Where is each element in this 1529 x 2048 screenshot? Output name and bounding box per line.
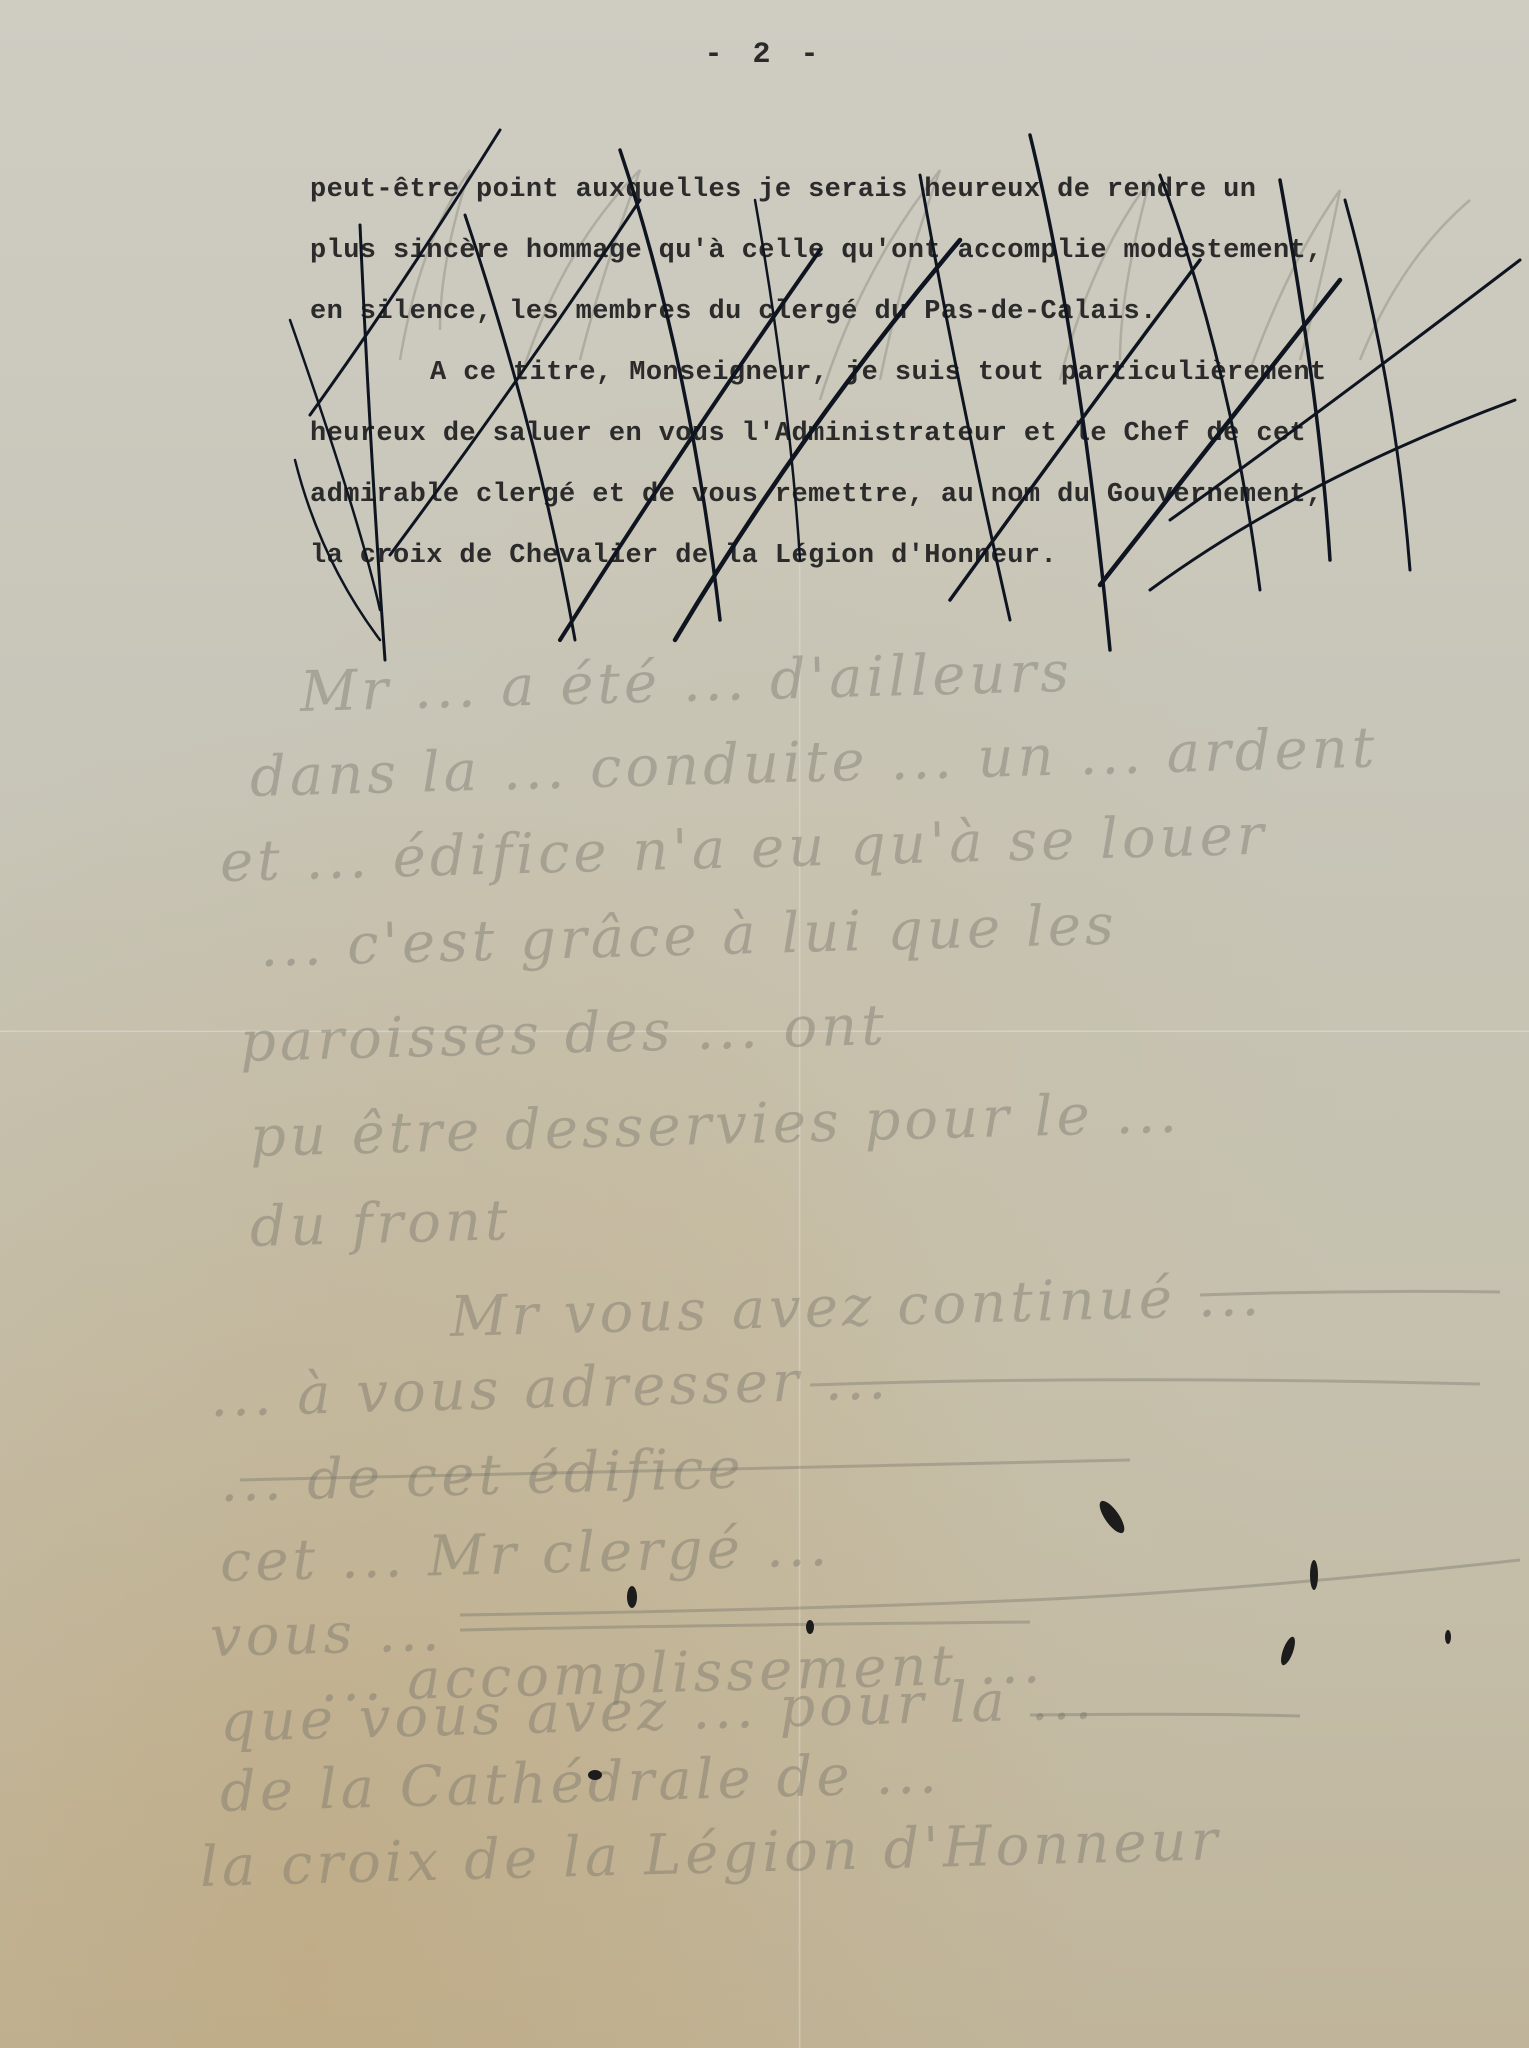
handwritten-line: ... à vous adresser ... — [209, 1347, 891, 1430]
typed-line: plus sincère hommage qu'à celle qu'ont a… — [310, 221, 1510, 282]
handwritten-line: vous ... — [209, 1599, 444, 1670]
handwritten-line: du front — [249, 1188, 512, 1260]
typed-line: admirable clergé et de vous remettre, au… — [310, 465, 1510, 526]
handwritten-line: et ... édifice n'a eu qu'à se louer — [219, 803, 1268, 895]
ink-stain — [627, 1586, 637, 1608]
handwritten-line: paroisses des ... ont — [239, 993, 888, 1075]
handwritten-line: dans la ... conduite ... un ... ardent — [249, 715, 1379, 810]
handwritten-line: cet ... Mr clergé ... — [219, 1514, 832, 1595]
document-page: - 2 - Mr ... a été ... d'ailleurs dans l… — [0, 0, 1529, 2048]
handwritten-line: pu être desservies pour le ... — [249, 1081, 1182, 1170]
handwritten-line: ... accomplissement ... — [319, 1631, 1045, 1715]
handwritten-line: ... de cet édifice — [219, 1436, 745, 1515]
typed-line: A ce titre, Monseigneur, je suis tout pa… — [310, 343, 1510, 404]
typed-line: peut-être point auxquelles je serais heu… — [310, 160, 1510, 221]
typed-paragraph: peut-être point auxquelles je serais heu… — [310, 160, 1510, 587]
ink-stain — [1445, 1630, 1451, 1644]
handwritten-line: ... c'est grâce à lui que les — [259, 893, 1118, 980]
handwritten-line: que vous avez ... pour la ... — [219, 1667, 1097, 1755]
typed-line: la croix de Chevalier de la Légion d'Hon… — [310, 526, 1510, 587]
ink-stain — [1310, 1560, 1318, 1590]
ink-stain — [1095, 1497, 1128, 1536]
typed-line: heureux de saluer en vous l'Administrate… — [310, 404, 1510, 465]
ink-stain — [588, 1770, 602, 1780]
handwritten-line: Mr vous avez continué ... — [449, 1264, 1264, 1350]
page-number: - 2 - — [0, 38, 1529, 72]
handwritten-line: Mr ... a été ... d'ailleurs — [299, 640, 1074, 725]
handwritten-line: la croix de la Légion d'Honneur — [199, 1808, 1222, 1900]
vertical-fold-crease — [798, 560, 801, 2048]
ink-stain — [806, 1620, 814, 1634]
handwritten-line: de la Cathédrale de ... — [219, 1741, 941, 1825]
horizontal-fold-crease — [0, 1030, 1529, 1033]
ink-stain — [1278, 1635, 1298, 1667]
typed-line: en silence, les membres du clergé du Pas… — [310, 282, 1510, 343]
